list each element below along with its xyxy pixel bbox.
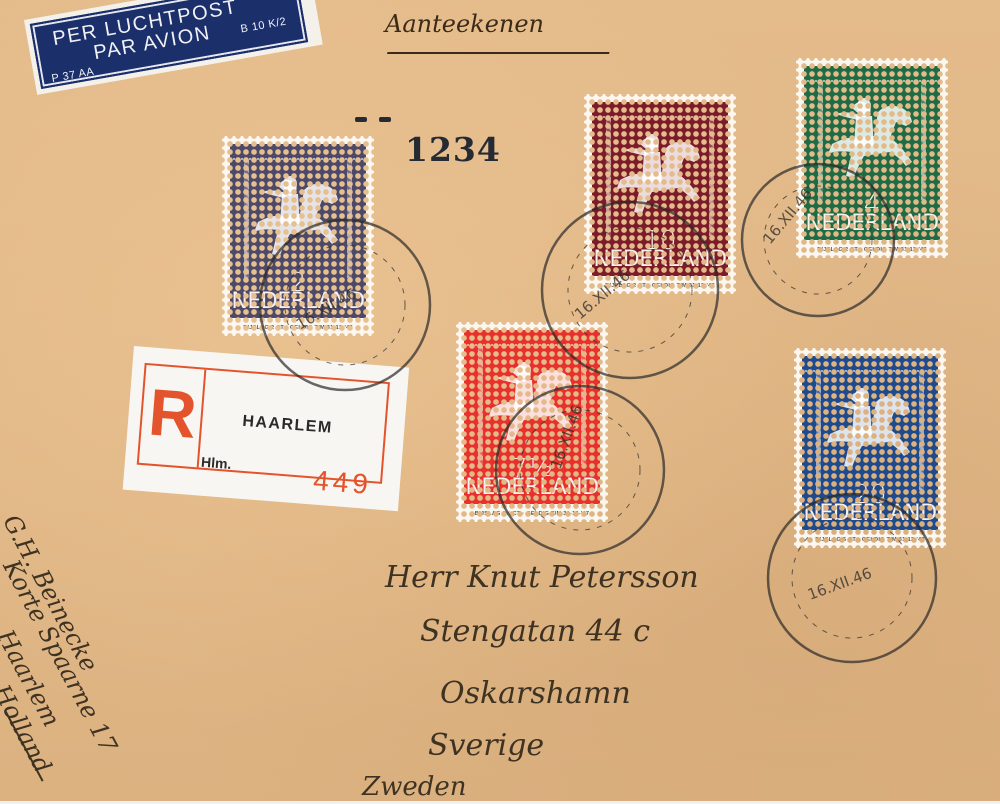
stamp-surcharge: BIJSLAG 2 CT · GELDIG T/M 31-12-'47 [804, 247, 940, 253]
stamp-design: 20 NEDERLAND [802, 356, 938, 530]
carousel-canopy [464, 330, 600, 346]
stamp-surcharge: BIJSLAG 5 CT · GELDIG T/M 31-12-'47 [802, 537, 938, 543]
address-line-1: Herr Knut Petersson [385, 560, 699, 595]
carousel-canopy [592, 102, 728, 118]
stamp-country: NEDERLAND [464, 475, 600, 500]
stamp-design: 7½ NEDERLAND [464, 330, 600, 504]
airmail-label: PER LUCHTPOST PAR AVION P 37 AA B 10 K/2 [24, 0, 323, 95]
registration-label: R HAARLEM Hlm. 449 [123, 346, 409, 511]
stamp-country: NEDERLAND [804, 211, 940, 236]
stamp-country: NEDERLAND [230, 289, 366, 314]
envelope: PER LUCHTPOST PAR AVION P 37 AA B 10 K/2… [0, 0, 1000, 804]
stamp-2-cent: 2 NEDERLAND BIJSLAG 2 CT · GELDIG T/M 31… [222, 136, 374, 336]
carousel-rider-icon [482, 352, 590, 462]
carousel-rider-icon [820, 378, 928, 488]
address-line-5: Zweden [362, 772, 466, 802]
stamp-surcharge: BIJSLAG 2½ CT · GELDIG T/M 31-12-'47 [464, 511, 600, 517]
stamp-4-cent: 4 NEDERLAND BIJSLAG 2 CT · GELDIG T/M 31… [796, 58, 948, 258]
address-line-3: Oskarshamn [440, 676, 631, 711]
registration-dots [355, 117, 399, 121]
stamp-country: NEDERLAND [802, 501, 938, 526]
stamp-surcharge: BIJSLAG 2 CT · GELDIG T/M 31-12-'47 [592, 283, 728, 289]
airmail-code-right: B 10 K/2 [240, 16, 288, 36]
stamp-design: 2 NEDERLAND [230, 144, 366, 318]
registration-letter: R [146, 373, 199, 453]
stamp-design: 10 NEDERLAND [592, 102, 728, 276]
registered-annotation: Aanteekenen [385, 10, 544, 38]
airmail-code-left: P 37 AA [51, 66, 95, 85]
registration-code: Hlm. [201, 454, 233, 472]
carousel-rider-icon [610, 124, 718, 234]
registration-city: HAARLEM [242, 413, 334, 438]
registration-number: 1234 [405, 130, 501, 169]
stamp-country: NEDERLAND [592, 247, 728, 272]
stamp-design: 4 NEDERLAND [804, 66, 940, 240]
carousel-canopy [804, 66, 940, 82]
address-line-2: Stengatan 44 c [420, 614, 650, 649]
carousel-rider-icon [248, 166, 356, 276]
stamp-surcharge: BIJSLAG 2 CT · GELDIG T/M 31-12-'47 [230, 325, 366, 331]
carousel-rider-icon [822, 88, 930, 198]
annotation-underline [387, 48, 611, 54]
carousel-canopy [230, 144, 366, 160]
stamp-10-cent: 10 NEDERLAND BIJSLAG 2 CT · GELDIG T/M 3… [584, 94, 736, 294]
stamp-20-cent: 20 NEDERLAND BIJSLAG 5 CT · GELDIG T/M 3… [794, 348, 946, 548]
stamp-7-half-cent: 7½ NEDERLAND BIJSLAG 2½ CT · GELDIG T/M … [456, 322, 608, 522]
carousel-canopy [802, 356, 938, 372]
address-line-4: Sverige [428, 728, 544, 763]
svg-text:16.XII.46: 16.XII.46 [805, 564, 874, 604]
registration-label-number: 449 [312, 465, 373, 502]
